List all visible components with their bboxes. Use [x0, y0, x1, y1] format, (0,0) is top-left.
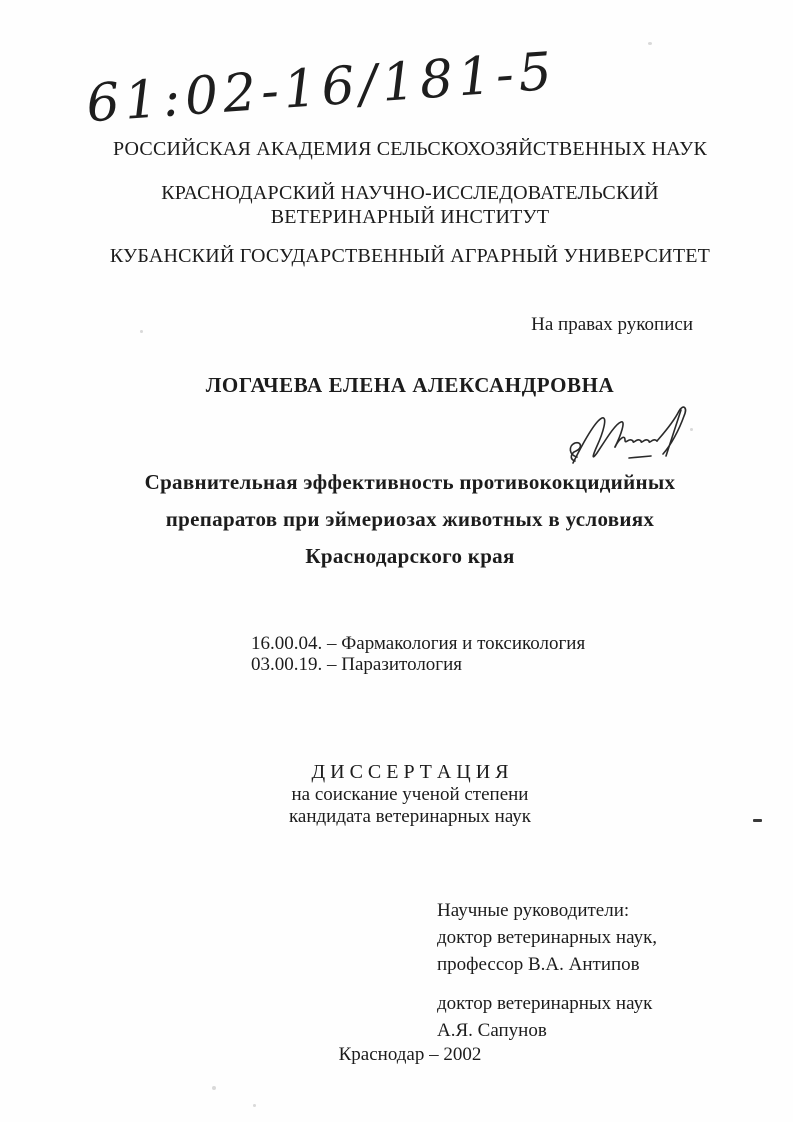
author-name: ЛОГАЧЕВА ЕЛЕНА АЛЕКСАНДРОВНА [30, 373, 790, 398]
dissertation-title-line2: препаратов при эймериозах животных в усл… [30, 501, 790, 538]
supervisor-second-name: А.Я. Сапунов [437, 1017, 657, 1044]
scan-speck [690, 428, 693, 431]
dissertation-title-page: 61:02-16/181-5 РОССИЙСКАЯ АКАДЕМИЯ СЕЛЬС… [0, 0, 793, 1122]
dissertation-title-line1: Сравнительная эффективность противококци… [30, 464, 790, 501]
city-year: Краснодар – 2002 [30, 1044, 790, 1066]
dissertation-heading: Д И С С Е Р Т А Ц И Я [30, 761, 790, 784]
handwritten-signature [563, 401, 698, 466]
specialty-code-pharmacology: 16.00.04. – Фармакология и токсикология [251, 633, 585, 654]
scan-speck [140, 330, 143, 333]
specialty-code-parasitology: 03.00.19. – Паразитология [251, 654, 585, 675]
university-name: КУБАНСКИЙ ГОСУДАРСТВЕННЫЙ АГРАРНЫЙ УНИВЕ… [30, 245, 790, 268]
academy-name: РОССИЙСКАЯ АКАДЕМИЯ СЕЛЬСКОХОЗЯЙСТВЕННЫХ… [30, 138, 790, 161]
scan-speck [648, 42, 652, 45]
supervisor-first-degree: доктор ветеринарных наук, [437, 924, 657, 951]
supervisors-block: Научные руководители: доктор ветеринарны… [437, 897, 657, 1044]
institute-name: КРАСНОДАРСКИЙ НАУЧНО-ИССЛЕДОВАТЕЛЬСКИЙ В… [30, 181, 790, 229]
institute-name-line2: ВЕТЕРИНАРНЫЙ ИНСТИТУТ [30, 205, 790, 229]
specialty-codes: 16.00.04. – Фармакология и токсикология … [251, 633, 585, 675]
degree-line1: на соискание ученой степени [30, 784, 790, 807]
scan-speck [253, 1104, 256, 1107]
dissertation-title-line3: Краснодарского края [30, 538, 790, 575]
supervisor-first-name: профессор В.А. Антипов [437, 951, 657, 978]
supervisor-second: доктор ветеринарных наук А.Я. Сапунов [437, 990, 657, 1044]
degree-line2: кандидата ветеринарных наук [30, 806, 790, 829]
scan-speck [753, 819, 762, 822]
dissertation-title: Сравнительная эффективность противококци… [30, 464, 790, 575]
supervisor-first: Научные руководители: доктор ветеринарны… [437, 897, 657, 978]
dissertation-degree-block: Д И С С Е Р Т А Ц И Я на соискание учено… [30, 761, 790, 829]
manuscript-rights-note: На правах рукописи [531, 314, 693, 336]
supervisor-second-degree: доктор ветеринарных наук [437, 990, 657, 1017]
handwritten-call-number: 61:02-16/181-5 [84, 42, 558, 135]
institute-name-line1: КРАСНОДАРСКИЙ НАУЧНО-ИССЛЕДОВАТЕЛЬСКИЙ [30, 181, 790, 205]
supervisors-heading: Научные руководители: [437, 897, 657, 924]
scan-speck [212, 1086, 216, 1090]
